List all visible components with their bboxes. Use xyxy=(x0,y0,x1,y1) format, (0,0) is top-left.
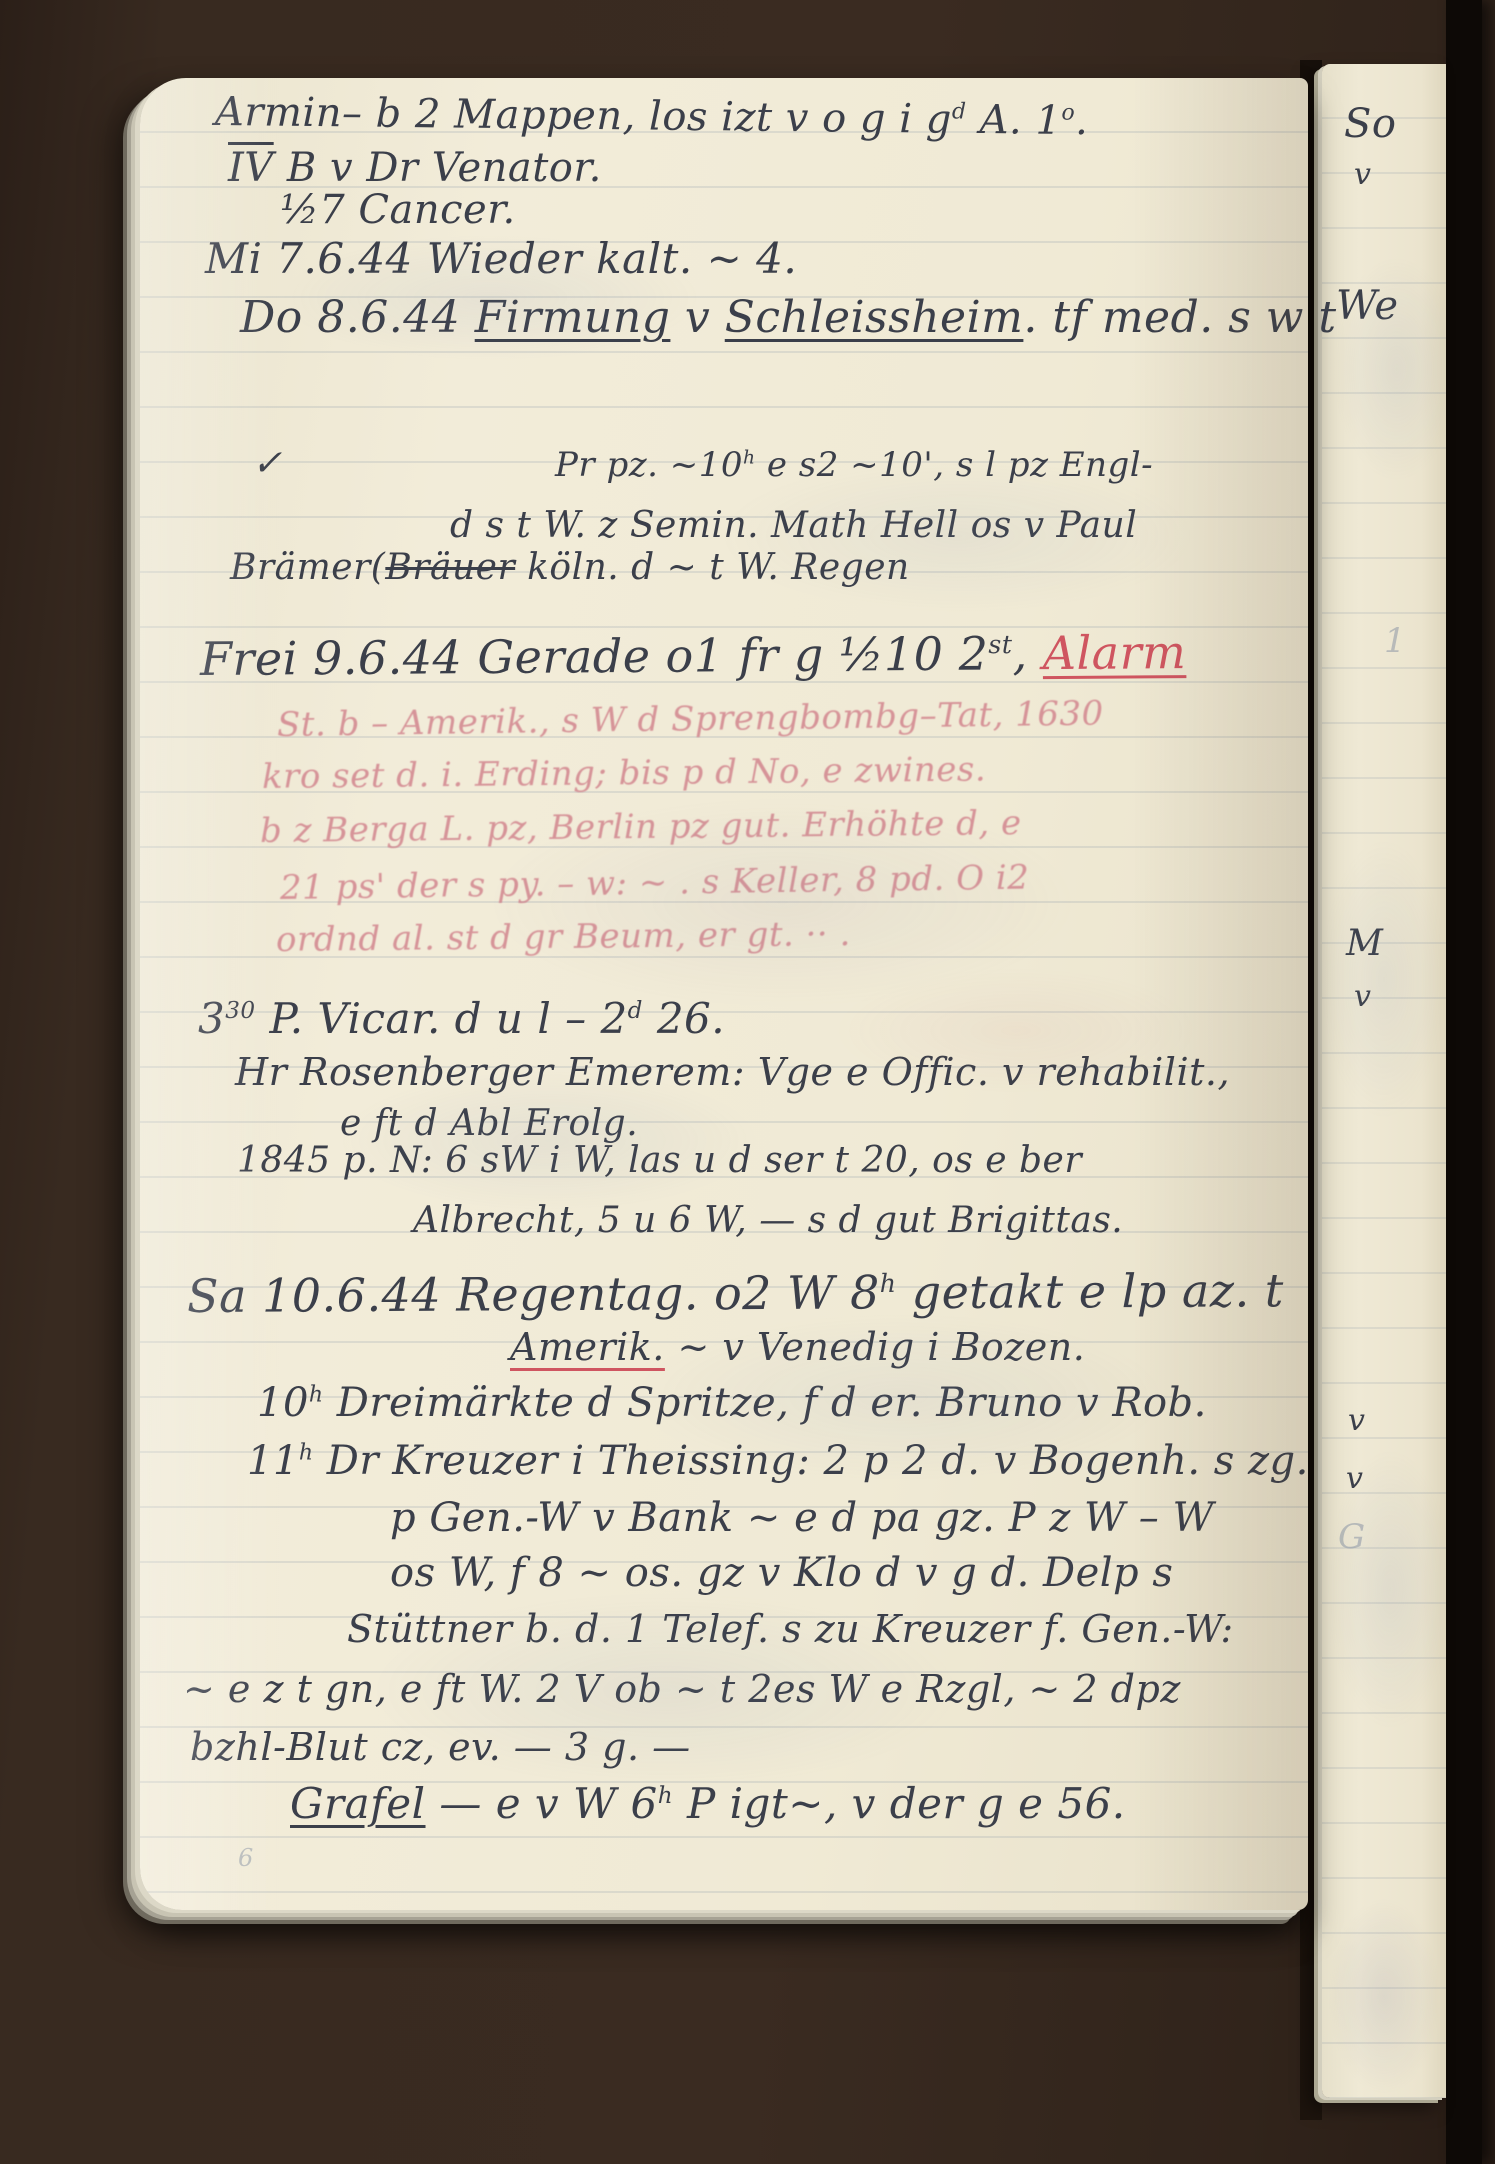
right-page-edge: SovWe1MvvvG xyxy=(1322,64,1446,2098)
handwriting-segment: Albrecht, 5 u 6 W, — s d gut Brigittas. xyxy=(413,1200,1123,1241)
handwriting-segment: v xyxy=(1354,157,1371,192)
red-ink-line: St. b – Amerik., s W d Sprengbombg–Tat, … xyxy=(277,696,1104,742)
margin-letter: M xyxy=(1346,926,1383,962)
handwriting-segment: d xyxy=(952,99,967,124)
handwriting-line: Armin– b 2 Mappen, los izt v o g i gd A.… xyxy=(215,92,1089,141)
margin-letter: v xyxy=(1348,1406,1365,1436)
handwriting-segment: P. Vicar. d u l – 2 xyxy=(256,994,628,1043)
handwriting-line: Albrecht, 5 u 6 W, — s d gut Brigittas. xyxy=(413,1203,1123,1239)
handwriting-line: 1845 p. N: 6 sW i W, las u d ser t 20, o… xyxy=(237,1143,1082,1179)
handwriting-segment: G xyxy=(1338,1517,1366,1557)
handwriting-segment: h xyxy=(309,1383,324,1408)
margin-letter: v xyxy=(1354,982,1371,1012)
handwriting-segment: ✓ xyxy=(252,443,283,484)
handwriting-segment: We xyxy=(1336,283,1399,329)
handwriting-line: Hr Rosenberger Emerem: Vge e Offic. v re… xyxy=(235,1053,1230,1091)
handwriting-segment: Pr pz. ~10 xyxy=(555,445,743,485)
handwriting-line: Amerik. ~ v Venedig i Bozen. xyxy=(510,1328,1085,1366)
red-ink-line: kro set d. i. Erding; bis p d No, e zwin… xyxy=(262,752,986,794)
handwriting-segment: Alarm xyxy=(1043,625,1187,680)
handwriting-segment: p Gen.-W v Bank ~ e d pa gz. P z W – W xyxy=(390,1495,1214,1541)
margin-letter: 1 xyxy=(1384,624,1406,658)
handwriting-segment: A. 1 xyxy=(966,97,1061,144)
handwriting-segment: Hr Rosenberger Emerem: Vge e Offic. v re… xyxy=(235,1050,1230,1094)
handwriting-segment: Frei 9.6.44 Gerade o1 fr g ½10 2 xyxy=(200,626,989,686)
handwriting-segment: Grafel xyxy=(290,1779,426,1828)
handwriting-line: ~ e z t gn, e ft W. 2 V ob ~ t 2es W e R… xyxy=(183,1670,1181,1708)
handwriting-line: Stüttner b. d. 1 Telef. s zu Kreuzer f. … xyxy=(347,1610,1234,1648)
margin-letter: We xyxy=(1336,286,1399,326)
handwriting-segment: . xyxy=(1075,98,1089,144)
handwriting-line: d s t W. z Semin. Math Hell os v Paul xyxy=(450,508,1137,544)
handwriting-segment: St. b – Amerik., s W d Sprengbombg–Tat, … xyxy=(277,693,1104,745)
handwriting-segment: h xyxy=(658,1783,673,1809)
handwriting-segment: ordnd al. st d gr Beum, er gt. ·· . xyxy=(276,914,851,960)
right-page-writing: SovWe1MvvvG xyxy=(1322,64,1446,2098)
handwriting-line: ½7 Cancer. xyxy=(280,190,516,230)
handwriting-segment: o xyxy=(1061,101,1075,126)
handwriting-line: ✓ xyxy=(252,446,283,482)
handwriting-line: Pr pz. ~10h e s2 ~10', s l pz Engl- xyxy=(555,448,1153,482)
handwriting-line: IV B v Dr Venator. xyxy=(228,148,602,188)
handwriting-segment: IV xyxy=(228,145,274,191)
handwriting-segment: 3 xyxy=(198,994,225,1043)
handwriting-line: Mi 7.6.44 Wieder kalt. ~ 4. xyxy=(205,238,797,280)
handwriting-segment: Sa 10.6.44 Regentag. o2 W 8 xyxy=(187,1265,880,1323)
margin-letter: v xyxy=(1346,1464,1363,1494)
handwriting-segment: B v Dr Venator. xyxy=(274,145,602,191)
handwriting-line: 330 P. Vicar. d u l – 2d 26. xyxy=(198,998,725,1040)
handwriting-segment: So xyxy=(1344,101,1396,147)
handwriting-line: 11h Dr Kreuzer i Theissing: 2 p 2 d. v B… xyxy=(247,1441,1309,1481)
handwriting-line: Frei 9.6.44 Gerade o1 fr g ½10 2st, Alar… xyxy=(200,629,1187,682)
handwriting-segment: os W, f 8 ~ os. gz v Klo d v g d. Delp s xyxy=(390,1550,1173,1596)
notebook-page: Armin– b 2 Mappen, los izt v o g i gd A.… xyxy=(140,78,1308,1910)
margin-letter: v xyxy=(1354,160,1371,190)
red-ink-line: b z Berga L. pz, Berlin pz gut. Erhöhte … xyxy=(260,806,1022,848)
handwriting-line: e ft d Abl Erolg. xyxy=(340,1106,638,1142)
handwriting-segment: h xyxy=(743,448,756,469)
handwriting-line: Brämer(Bräuer köln. d ~ t W. Regen xyxy=(230,550,910,586)
handwriting-segment: h xyxy=(880,1269,897,1298)
handwriting-segment: Schleissheim xyxy=(725,292,1024,343)
handwriting-segment: Brämer( xyxy=(230,547,385,588)
left-page-writing: Armin– b 2 Mappen, los izt v o g i gd A.… xyxy=(140,78,1308,1910)
handwriting-segment: st xyxy=(988,630,1012,659)
handwriting-segment: e ft d Abl Erolg. xyxy=(340,1103,638,1144)
handwriting-segment: Dr Kreuzer i Theissing: 2 p 2 d. v Bogen… xyxy=(314,1438,1309,1484)
handwriting-segment: P igt~, v der g e 56. xyxy=(673,1779,1126,1828)
handwriting-line: p Gen.-W v Bank ~ e d pa gz. P z W – W xyxy=(390,1498,1214,1538)
handwriting-line: 6 xyxy=(238,1846,254,1870)
handwriting-segment: 26. xyxy=(643,994,725,1043)
handwriting-segment: d s t W. z Semin. Math Hell os v Paul xyxy=(450,505,1137,546)
handwriting-segment: v xyxy=(1348,1403,1365,1438)
handwriting-segment: 1845 p. N: 6 sW i W, las u d ser t 20, o… xyxy=(237,1140,1082,1181)
handwriting-segment: 11 xyxy=(247,1438,299,1484)
handwriting-segment: Do 8.6.44 xyxy=(240,292,475,343)
handwriting-segment: 30 xyxy=(225,998,255,1024)
handwriting-line: Grafel — e v W 6h P igt~, v der g e 56. xyxy=(290,1783,1126,1825)
photo-background: SovWe1MvvvG Armin– b 2 Mappen, los izt v… xyxy=(0,0,1495,2164)
handwriting-segment: bzhl-Blut cz, ev. — 3 g. — xyxy=(190,1725,691,1769)
handwriting-segment: Stüttner b. d. 1 Telef. s zu Kreuzer f. … xyxy=(347,1607,1234,1651)
handwriting-segment: Firmung xyxy=(475,292,671,343)
handwriting-segment: Dreimärkte d Spritze, f d er. Bruno v Ro… xyxy=(324,1380,1207,1426)
handwriting-segment: Mi 7.6.44 Wieder kalt. ~ 4. xyxy=(205,234,797,283)
handwriting-segment: b z Berga L. pz, Berlin pz gut. Erhöhte … xyxy=(260,803,1022,851)
handwriting-segment: Armin– b 2 Mappen, los izt v o g i g xyxy=(215,89,952,143)
handwriting-line: os W, f 8 ~ os. gz v Klo d v g d. Delp s xyxy=(390,1553,1173,1593)
handwriting-segment: Bräuer xyxy=(385,547,515,588)
handwriting-line: 10h Dreimärkte d Spritze, f d er. Bruno … xyxy=(257,1383,1207,1423)
handwriting-segment: getakt e lp az. t xyxy=(896,1263,1283,1319)
handwriting-line: bzhl-Blut cz, ev. — 3 g. — xyxy=(190,1728,691,1766)
handwriting-segment: h xyxy=(299,1441,314,1466)
handwriting-segment: ~ e z t gn, e ft W. 2 V ob ~ t 2es W e R… xyxy=(183,1667,1181,1711)
handwriting-segment: M xyxy=(1346,923,1383,964)
handwriting-segment: 21 ps' der s py. – w: ~ . s Keller, 8 pd… xyxy=(280,858,1030,908)
handwriting-segment: — e v W 6 xyxy=(426,1779,658,1828)
handwriting-segment: ~ v Venedig i Bozen. xyxy=(665,1325,1085,1369)
handwriting-segment: 6 xyxy=(238,1844,254,1872)
handwriting-segment: Amerik. xyxy=(510,1325,665,1369)
margin-letter: G xyxy=(1338,1520,1366,1554)
handwriting-line: Sa 10.6.44 Regentag. o2 W 8h getakt e lp… xyxy=(187,1267,1284,1319)
red-ink-line: 21 ps' der s py. – w: ~ . s Keller, 8 pd… xyxy=(280,861,1030,905)
binding-shadow xyxy=(1446,0,1482,2164)
handwriting-segment: kro set d. i. Erding; bis p d No, e zwin… xyxy=(262,749,987,797)
handwriting-segment: 10 xyxy=(257,1380,309,1426)
handwriting-segment: ½7 Cancer. xyxy=(280,187,516,233)
handwriting-segment: v xyxy=(1346,1461,1363,1496)
handwriting-segment: 1 xyxy=(1384,621,1406,661)
red-ink-line: ordnd al. st d gr Beum, er gt. ·· . xyxy=(276,917,851,957)
handwriting-segment: v xyxy=(1354,979,1371,1014)
handwriting-line: Do 8.6.44 Firmung v Schleissheim. tf med… xyxy=(240,296,1337,340)
handwriting-segment: v xyxy=(670,292,724,343)
margin-letter: So xyxy=(1344,104,1396,144)
handwriting-segment: köln. d ~ t W. Regen xyxy=(515,547,910,588)
handwriting-segment: , xyxy=(1012,626,1043,680)
handwriting-segment: e s2 ~10', s l pz Engl- xyxy=(756,445,1154,485)
handwriting-segment: . tf med. s w t xyxy=(1023,292,1336,343)
handwriting-segment: d xyxy=(628,998,643,1024)
